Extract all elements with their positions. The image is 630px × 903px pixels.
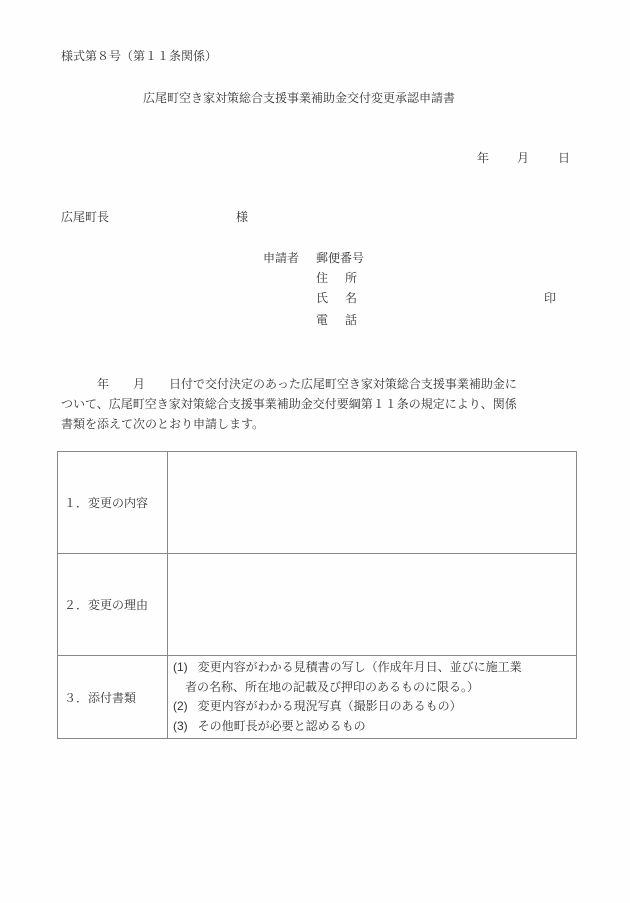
attachment-text: その他町長が必要と認めるもの xyxy=(198,719,366,733)
attachment-item-1: (1)変更内容がわかる見積書の写し（作成年月日、並びに施工業 xyxy=(173,658,576,678)
application-table: １．変更の内容 ２．変更の理由 ３．添付書類 (1)変更内容がわかる見積書の写し… xyxy=(57,451,577,739)
addressee-name: 広尾町長 xyxy=(61,210,109,224)
date-month-label: 月 xyxy=(517,151,529,165)
statement-line-3: 書類を添えて次のとおり申請します。 xyxy=(61,414,581,434)
attachment-item-1-continued: 者の名称、所在地の記載及び押印のあるものに限る。） xyxy=(173,678,576,698)
phone-label: 電話 xyxy=(316,313,374,327)
attachments-label: ３．添付書類 xyxy=(58,656,168,739)
document-title: 広尾町空き家対策総合支援事業補助金交付変更承認申請書 xyxy=(143,91,455,105)
table-row-attachments: ３．添付書類 (1)変更内容がわかる見積書の写し（作成年月日、並びに施工業 者の… xyxy=(58,656,577,739)
table-row-change-content: １．変更の内容 xyxy=(58,452,577,554)
attachments-list: (1)変更内容がわかる見積書の写し（作成年月日、並びに施工業 者の名称、所在地の… xyxy=(168,656,577,739)
attachment-number: (2) xyxy=(173,699,188,713)
attachment-number: (1) xyxy=(173,660,188,674)
change-reason-field[interactable] xyxy=(168,554,577,656)
table-row-change-reason: ２．変更の理由 xyxy=(58,554,577,656)
attachment-item-3: (3)その他町長が必要と認めるもの xyxy=(173,717,576,737)
attachment-text: 変更内容がわかる現況写真（撮影日のあるもの） xyxy=(198,699,462,713)
form-number: 様式第８号（第１１条関係） xyxy=(61,49,217,63)
applicant-label: 申請者 xyxy=(263,251,299,265)
statement-line-1: 年 月 日付で交付決定のあった広尾町空き家対策総合支援事業補助金に xyxy=(61,374,581,394)
address-label: 住所 xyxy=(316,271,374,285)
change-content-field[interactable] xyxy=(168,452,577,554)
request-statement: 年 月 日付で交付決定のあった広尾町空き家対策総合支援事業補助金に ついて、広尾… xyxy=(61,374,581,434)
name-label: 氏名 xyxy=(316,291,374,305)
attachment-number: (3) xyxy=(173,719,188,733)
attachment-text: 変更内容がわかる見積書の写し（作成年月日、並びに施工業 xyxy=(198,660,522,674)
addressee-honorific: 様 xyxy=(236,210,248,224)
date-year-label: 年 xyxy=(477,151,489,165)
change-content-label: １．変更の内容 xyxy=(58,452,168,554)
attachment-text-continued: 者の名称、所在地の記載及び押印のあるものに限る。） xyxy=(173,680,479,694)
postal-code-label: 郵便番号 xyxy=(316,251,364,265)
date-day-label: 日 xyxy=(558,151,570,165)
statement-line-2: ついて、広尾町空き家対策総合支援事業補助金交付要綱第１１条の規定により、関係 xyxy=(61,394,581,414)
change-reason-label: ２．変更の理由 xyxy=(58,554,168,656)
attachment-item-2: (2)変更内容がわかる現況写真（撮影日のあるもの） xyxy=(173,697,576,717)
seal-mark: 印 xyxy=(544,291,556,305)
